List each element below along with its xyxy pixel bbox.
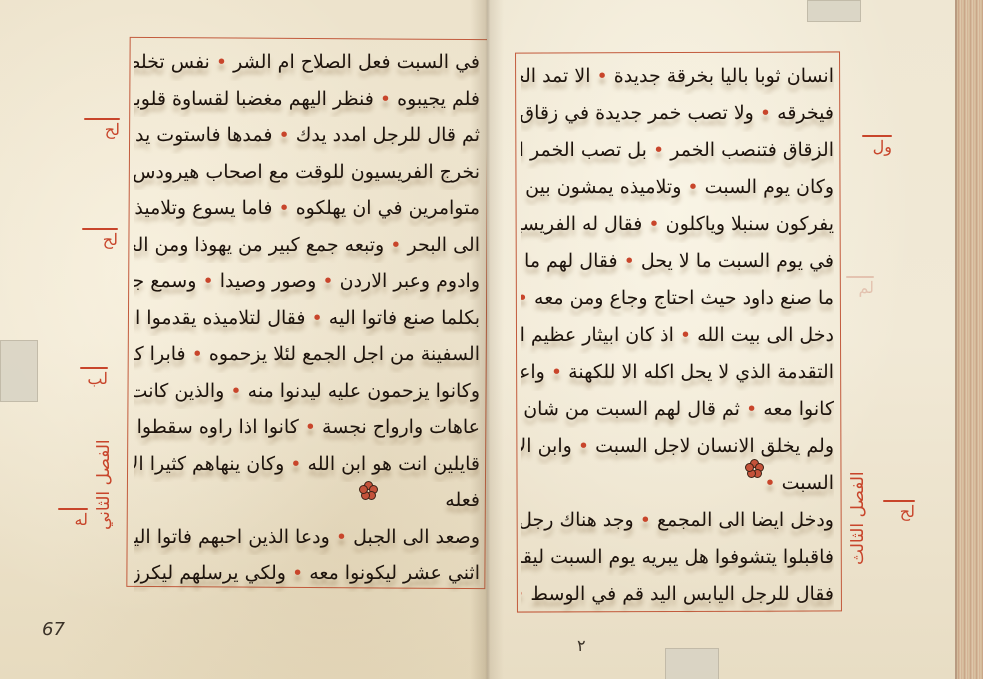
text-line: وادوم وعبر الاردن • وصور وصيدا • وسمع جم…: [134, 263, 480, 300]
verse-stop-marker: •: [299, 416, 316, 438]
text-line: كانوا معه • ثم قال لهم السبت من شان الان…: [521, 391, 834, 428]
text-line: عاهات وارواح نجسة • كانوا اذا راوه سقطوا…: [134, 409, 480, 446]
text-line: في السبت فعل الصلاح ام الشر • نفس تخلص ا…: [134, 44, 480, 81]
verse-stop-marker: •: [210, 51, 227, 73]
text-line: وصعد الى الجبل • ودعا الذين احبهم فاتوا …: [134, 519, 480, 556]
text-line: دخل الى بيت الله • اذ كان ابيثار عظيم ال…: [521, 317, 834, 354]
verse-stop-marker: •: [196, 270, 213, 292]
paper-repair-patch-bottom: [665, 648, 719, 679]
margin-note-2: لح: [883, 500, 915, 520]
text-line-with-rosette: السبت •: [521, 465, 834, 502]
text-line: ما صنع داود حيث احتاج وجاع ومن معه • كيف: [521, 280, 834, 317]
left-page-text: في السبت فعل الصلاح ام الشر • نفس تخلص ا…: [134, 44, 480, 592]
margin-note-1: ول: [862, 135, 892, 155]
book-gutter: [470, 0, 504, 679]
text-line: فيخرقه • ولا تصب خمر جديدة في زقاق بالية…: [521, 95, 834, 132]
paper-repair-patch-top: [807, 0, 861, 22]
verse-stop-marker: •: [647, 139, 664, 161]
text-line: يفركون سنبلا وياكلون • فقال له الفريسيون…: [521, 206, 834, 243]
text-line: التقدمة الذي لا يحل اكله الا للكهنة • وا…: [521, 354, 834, 391]
verse-stop-marker: •: [330, 526, 347, 548]
verse-stop-marker: •: [521, 287, 528, 309]
verse-stop-marker: •: [286, 562, 303, 584]
verse-stop-marker: •: [642, 213, 659, 235]
verse-stop-marker: •: [272, 197, 289, 219]
margin-note-3: لب: [80, 367, 108, 387]
text-line: الزقاق فتنصب الخمر • بل تصب الخمر الجديد…: [521, 132, 834, 169]
page-stack-edges: [957, 0, 983, 679]
text-line: السفينة من اجل الجمع لئلا يزحموه • فابرا…: [134, 336, 480, 373]
text-line: نخرج الفريسيون للوقت مع اصحاب هيرودس •: [134, 154, 480, 191]
rosette-icon: [746, 460, 762, 476]
text-line: اثني عشر ليكونوا معه • ولكي يرسلهم ليكرز…: [134, 555, 480, 592]
margin-note-5: له: [58, 508, 88, 528]
catchword: ٢: [577, 636, 586, 655]
text-line: فقال للرجل اليابس اليد قم في الوسط • وقا…: [521, 576, 834, 613]
verse-stop-marker: •: [384, 234, 401, 256]
text-line: انسان ثوبا باليا بخرقة جديدة • الا تمد ا…: [521, 58, 834, 95]
manuscript-spread: في السبت فعل الصلاح ام الشر • نفس تخلص ا…: [0, 0, 983, 679]
verse-stop-marker: •: [186, 343, 203, 365]
verse-stop-marker: •: [754, 102, 771, 124]
text-line: ثم قال للرجل امدد يدك • فمدها فاستوت يده…: [134, 117, 480, 154]
verse-stop-marker: •: [224, 380, 241, 402]
verse-stop-marker: •: [634, 509, 651, 531]
verse-stop-marker: •: [374, 88, 391, 110]
verse-stop-marker: •: [545, 361, 562, 383]
verse-stop-marker: •: [590, 65, 607, 87]
text-line: الى البحر • وتبعه جمع كبير من يهوذا ومن …: [134, 227, 480, 264]
folio-number: 67: [42, 619, 65, 640]
rosette-icon: [360, 482, 376, 498]
margin-note-1: لح: [84, 118, 120, 138]
text-line: ولم يخلق الانسان لاجل السبت • وابن الانس…: [521, 428, 834, 465]
verse-stop-marker: •: [306, 307, 323, 329]
right-page-text: انسان ثوبا باليا بخرقة جديدة • الا تمد ا…: [521, 58, 834, 613]
text-line: ودخل ايضا الى المجمع • وجد هناك رجل يده …: [521, 502, 834, 539]
verse-stop-marker: •: [316, 270, 333, 292]
text-line: فاقبلوا يتشوفوا هل يبريه يوم السبت ليقرف…: [521, 539, 834, 576]
paper-repair-patch: [0, 340, 38, 402]
margin-note-2: لح: [82, 228, 118, 248]
verse-stop-marker: •: [740, 398, 757, 420]
text-line: في يوم السبت ما لا يحل • فقال لهم ما قرا…: [521, 243, 834, 280]
text-line: فلم يجيبوه • فنظر اليهم مغضبا لقساوة قلو…: [134, 81, 480, 118]
text-line: وكانوا يزحمون عليه ليدنوا منه • والذين ك…: [134, 373, 480, 410]
section-heading-right: الفصل الثالث: [848, 465, 868, 565]
text-line: متوامرين في ان يهلكوه • فاما يسوع وتلامي…: [134, 190, 480, 227]
verse-stop-marker: •: [681, 176, 698, 198]
margin-note-faded: لم: [846, 276, 874, 296]
verse-stop-marker: •: [521, 583, 524, 605]
text-line: قايلين انت هو ابن الله • وكان ينهاهم كثي…: [134, 446, 480, 483]
verse-stop-marker: •: [674, 324, 691, 346]
verse-stop-marker: •: [618, 250, 635, 272]
text-line: بكلما صنع فاتوا اليه • فقال لتلاميذه يقد…: [134, 300, 480, 337]
verse-stop-marker: •: [272, 124, 289, 146]
verse-stop-marker: •: [284, 453, 301, 475]
text-line-with-rosette: فعله: [134, 482, 480, 519]
section-heading-left: الفصل الثاني: [94, 430, 114, 530]
text-line: وكان يوم السبت • وتلاميذه يمشون بين الزر…: [521, 169, 834, 206]
verse-stop-marker: •: [572, 435, 589, 457]
